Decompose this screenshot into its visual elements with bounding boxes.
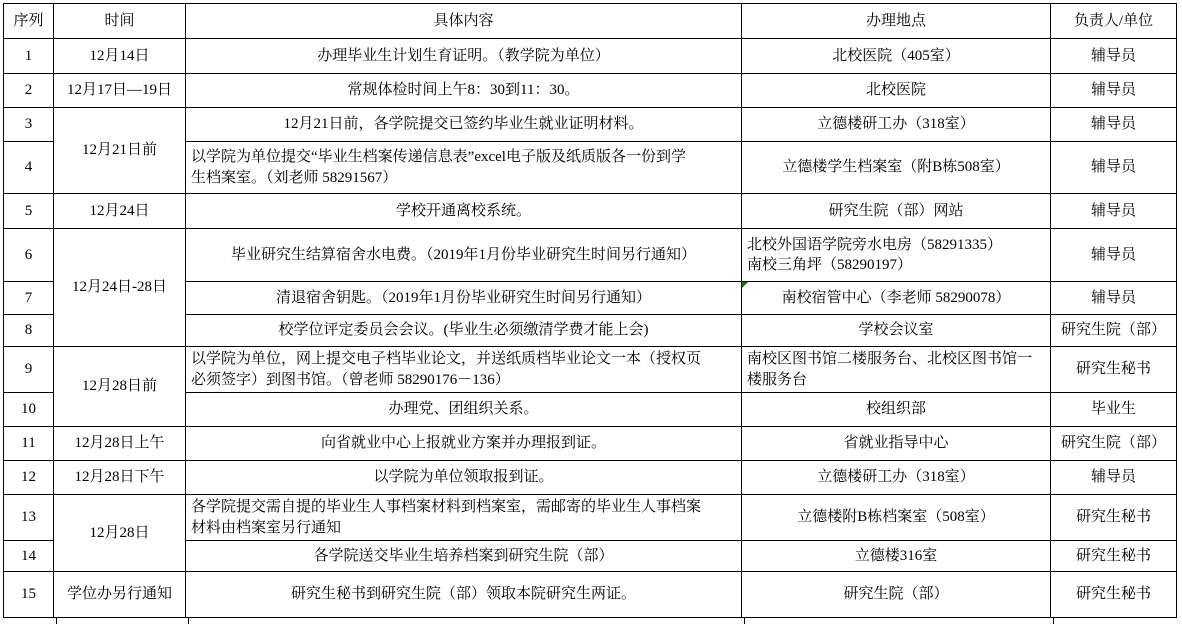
seq-cell: 13 (4, 495, 54, 541)
seq-cell: 14 (4, 541, 54, 572)
content-cell: 研究生秘书到研究生院（部）领取本院研究生两证。 (186, 572, 742, 618)
header-row: 序列 时间 具体内容 办理地点 负责人/单位 (4, 4, 1177, 39)
resp-cell: 研究生院（部） (1051, 427, 1177, 461)
time-cell-merged: 12月24日-28日 (54, 229, 186, 347)
resp-cell: 研究生秘书 (1051, 572, 1177, 618)
time-cell-merged: 12月28日 (54, 495, 186, 572)
location-cell: 立德楼附B栋档案室（508室） (742, 495, 1051, 541)
content-cell: 各学院提交需自提的毕业生人事档案材料到档案室，需邮寄的毕业生人事档案 材料由档案… (186, 495, 742, 541)
content-cell: 办理党、团组织关系。 (186, 393, 742, 427)
location-cell: 研究生院（部） (742, 572, 1051, 618)
content-cell: 以学院为单位领取报到证。 (186, 461, 742, 495)
resp-cell: 研究生秘书 (1051, 495, 1177, 541)
resp-cell: 研究生院（部） (1051, 315, 1177, 347)
time-cell: 12月28日下午 (54, 461, 186, 495)
resp-cell: 辅导员 (1051, 142, 1177, 194)
location-cell: 省就业指导中心 (742, 427, 1051, 461)
table-row: 9 12月28日前 以学院为单位，网上提交电子档毕业论文，并送纸质档毕业论文一本… (4, 347, 1177, 393)
content-cell: 向省就业中心上报就业方案并办理报到证。 (186, 427, 742, 461)
content-cell: 各学院送交毕业生培养档案到研究生院（部） (186, 541, 742, 572)
time-cell: 12月17日—19日 (54, 74, 186, 108)
spreadsheet-page: 序列 时间 具体内容 办理地点 负责人/单位 1 12月14日 办理毕业生计划生… (0, 0, 1182, 624)
seq-cell: 10 (4, 393, 54, 427)
header-seq: 序列 (4, 4, 54, 39)
gridline-stub (1053, 617, 1054, 624)
content-cell: 以学院为单位，网上提交电子档毕业论文，并送纸质档毕业论文一本（授权页 必须签字）… (186, 347, 742, 393)
table-row: 6 12月24日-28日 毕业研究生结算宿舍水电费。（2019年1月份毕业研究生… (4, 229, 1177, 282)
content-cell: 12月21日前，各学院提交已签约毕业生就业证明材料。 (186, 108, 742, 142)
resp-cell: 辅导员 (1051, 194, 1177, 229)
header-time: 时间 (54, 4, 186, 39)
time-cell: 12月14日 (54, 39, 186, 74)
content-cell: 毕业研究生结算宿舍水电费。（2019年1月份毕业研究生时间另行通知） (186, 229, 742, 282)
location-cell: 学校会议室 (742, 315, 1051, 347)
cell-comment-marker-icon (742, 282, 748, 288)
table-row: 1 12月14日 办理毕业生计划生育证明。（教学院为单位） 北校医院（405室）… (4, 39, 1177, 74)
content-cell: 清退宿舍钥匙。（2019年1月份毕业研究生时间另行通知） (186, 282, 742, 315)
seq-cell: 11 (4, 427, 54, 461)
resp-cell: 辅导员 (1051, 461, 1177, 495)
seq-cell: 2 (4, 74, 54, 108)
table-row: 12 12月28日下午 以学院为单位领取报到证。 立德楼研工办（318室） 辅导… (4, 461, 1177, 495)
content-cell: 办理毕业生计划生育证明。（教学院为单位） (186, 39, 742, 74)
location-cell: 立德楼316室 (742, 541, 1051, 572)
resp-cell: 研究生秘书 (1051, 541, 1177, 572)
header-resp: 负责人/单位 (1051, 4, 1177, 39)
location-cell: 立德楼研工办（318室） (742, 461, 1051, 495)
gridline-stub (56, 617, 57, 624)
table-row: 11 12月28日上午 向省就业中心上报就业方案并办理报到证。 省就业指导中心 … (4, 427, 1177, 461)
content-cell: 常规体检时间上午8：30到11：30。 (186, 74, 742, 108)
gridline-stub (744, 617, 745, 624)
resp-cell: 辅导员 (1051, 108, 1177, 142)
location-text: 南校宿管中心（李老师 58290078） (782, 290, 1011, 306)
seq-cell: 1 (4, 39, 54, 74)
table-row: 3 12月21日前 12月21日前，各学院提交已签约毕业生就业证明材料。 立德楼… (4, 108, 1177, 142)
content-cell: 以学院为单位提交“毕业生档案传递信息表”excel电子版及纸质版各一份到学 生档… (186, 142, 742, 194)
table-row: 2 12月17日—19日 常规体检时间上午8：30到11：30。 北校医院 辅导… (4, 74, 1177, 108)
gridline-stub (188, 617, 189, 624)
time-cell: 学位办另行通知 (54, 572, 186, 618)
header-location: 办理地点 (742, 4, 1051, 39)
location-cell: 立德楼研工办（318室） (742, 108, 1051, 142)
seq-cell: 6 (4, 229, 54, 282)
resp-cell: 辅导员 (1051, 74, 1177, 108)
location-cell: 北校医院（405室） (742, 39, 1051, 74)
seq-cell: 12 (4, 461, 54, 495)
location-cell: 北校外国语学院旁水电房（58291335） 南校三角坪（58290197） (742, 229, 1051, 282)
seq-cell: 7 (4, 282, 54, 315)
time-cell: 12月24日 (54, 194, 186, 229)
time-cell-merged: 12月21日前 (54, 108, 186, 194)
location-cell: 研究生院（部）网站 (742, 194, 1051, 229)
resp-cell: 辅导员 (1051, 39, 1177, 74)
resp-cell: 毕业生 (1051, 393, 1177, 427)
time-cell-merged: 12月28日前 (54, 347, 186, 427)
schedule-table: 序列 时间 具体内容 办理地点 负责人/单位 1 12月14日 办理毕业生计划生… (3, 3, 1177, 618)
table-row: 13 12月28日 各学院提交需自提的毕业生人事档案材料到档案室，需邮寄的毕业生… (4, 495, 1177, 541)
location-cell: 南校宿管中心（李老师 58290078） (742, 282, 1051, 315)
table-row: 15 学位办另行通知 研究生秘书到研究生院（部）领取本院研究生两证。 研究生院（… (4, 572, 1177, 618)
resp-cell: 辅导员 (1051, 282, 1177, 315)
location-cell: 立德楼学生档案室（附B栋508室） (742, 142, 1051, 194)
time-cell: 12月28日上午 (54, 427, 186, 461)
seq-cell: 9 (4, 347, 54, 393)
seq-cell: 8 (4, 315, 54, 347)
content-cell: 校学位评定委员会会议。(毕业生必须缴清学费才能上会) (186, 315, 742, 347)
location-cell: 南校区图书馆二楼服务台、北校区图书馆一 楼服务台 (742, 347, 1051, 393)
table-row: 5 12月24日 学校开通离校系统。 研究生院（部）网站 辅导员 (4, 194, 1177, 229)
seq-cell: 5 (4, 194, 54, 229)
seq-cell: 3 (4, 108, 54, 142)
resp-cell: 辅导员 (1051, 229, 1177, 282)
seq-cell: 15 (4, 572, 54, 618)
seq-cell: 4 (4, 142, 54, 194)
location-cell: 校组织部 (742, 393, 1051, 427)
resp-cell: 研究生秘书 (1051, 347, 1177, 393)
content-cell: 学校开通离校系统。 (186, 194, 742, 229)
location-cell: 北校医院 (742, 74, 1051, 108)
header-content: 具体内容 (186, 4, 742, 39)
